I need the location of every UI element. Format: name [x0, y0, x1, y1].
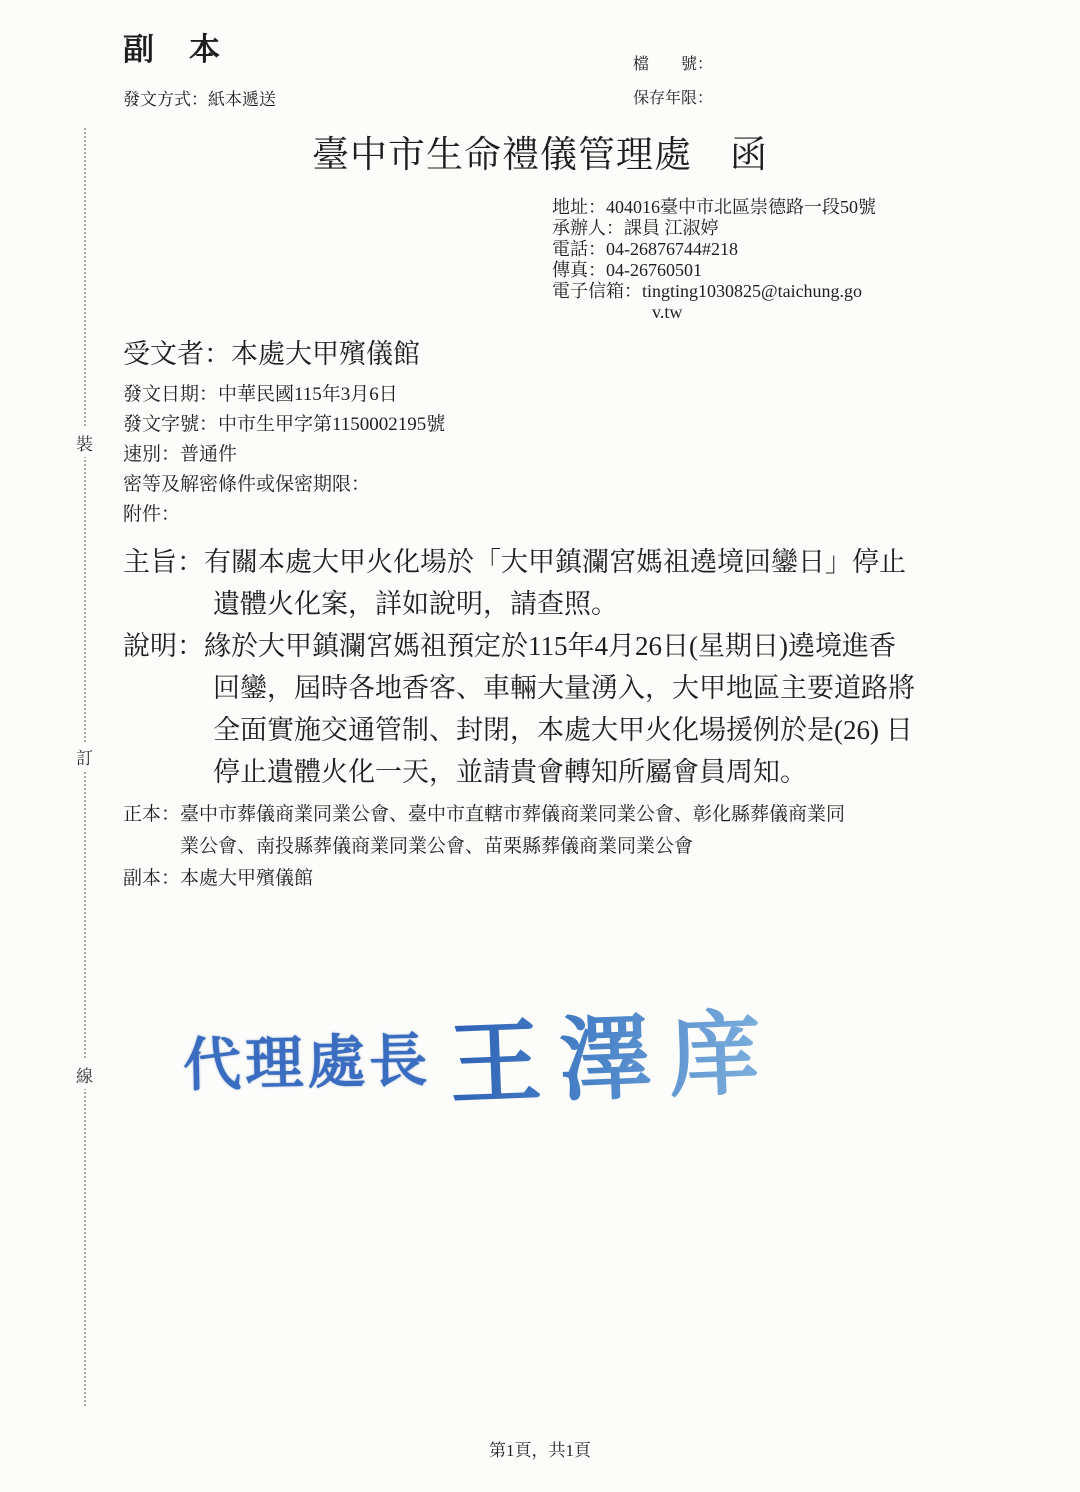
security-class: 密等及解密條件或保密期限：	[123, 470, 445, 500]
binding-dotted-line: 裝 訂 線	[84, 128, 86, 1406]
description-line-1: 說明：緣於大甲鎮瀾宮媽祖預定於115年4月26日(星期日)遶境進香	[123, 625, 915, 667]
binding-mark-ding: 訂	[76, 742, 93, 771]
file-number-block: 檔 號： 保存年限：	[633, 48, 713, 116]
contact-fax: 傳真：04-26760501	[552, 260, 876, 281]
subject-label: 主旨：	[123, 547, 204, 577]
original-recipients-line-2: 業公會、南投縣葬儀商業同業公會、苗栗縣葬儀商業同業公會	[123, 831, 845, 863]
original-label: 正本：	[123, 804, 180, 825]
document-meta-block: 發文日期：中華民國115年3月6日 發文字號：中市生甲字第1150002195號…	[123, 380, 445, 530]
delivery-method: 發文方式：紙本遞送	[123, 85, 276, 110]
contact-info-block: 地址：404016臺中市北區崇德路一段50號 承辦人：課員 江淑婷 電話：04-…	[552, 197, 876, 323]
subject-line-2: 遺體火化案，詳如說明，請查照。	[123, 583, 906, 625]
document-title: 臺中市生命禮儀管理處 函	[0, 124, 1080, 178]
contact-address: 地址：404016臺中市北區崇德路一段50號	[552, 197, 876, 218]
scanned-letter-page: 副 本 發文方式：紙本遞送 檔 號： 保存年限： 臺中市生命禮儀管理處 函 地址…	[0, 0, 1080, 1492]
stamp-title: 代理處長	[182, 1013, 432, 1102]
file-number-label: 檔 號：	[633, 48, 713, 82]
contact-email-line1: 電子信箱：tingting1030825@taichung.go	[552, 281, 876, 302]
description-label: 說明：	[123, 631, 204, 661]
description-line-4: 停止遺體火化一天，並請貴會轉知所屬會員周知。	[123, 751, 915, 793]
subject-block: 主旨：有關本處大甲火化場於「大甲鎮瀾宮媽祖遶境回鑾日」停止 遺體火化案，詳如說明…	[123, 541, 906, 625]
document-number: 發文字號：中市生甲字第1150002195號	[123, 410, 445, 440]
cc-line: 副本：本處大甲殯儀館	[123, 863, 845, 895]
subject-line-1: 主旨：有關本處大甲火化場於「大甲鎮瀾宮媽祖遶境回鑾日」停止	[123, 541, 906, 583]
description-line-2: 回鑾，屆時各地香客、車輛大量湧入，大甲地區主要道路將	[123, 667, 915, 709]
page-footer: 第1頁，共1頁	[0, 1436, 1080, 1461]
copies-block: 正本：臺中市葬儀商業同業公會、臺中市直轄市葬儀商業同業公會、彰化縣葬儀商業同 業…	[123, 799, 845, 895]
speed-class: 速別：普通件	[123, 440, 445, 470]
official-signature-stamp: 代理處長 王澤庠	[182, 982, 781, 1126]
attachment-label: 附件：	[123, 500, 445, 530]
retention-period-label: 保存年限：	[633, 82, 713, 116]
stamp-signature-name: 王澤庠	[447, 979, 782, 1124]
copy-label: 副 本	[123, 24, 222, 69]
contact-phone: 電話：04-26876744#218	[552, 239, 876, 260]
cc-value: 本處大甲殯儀館	[180, 868, 313, 889]
original-recipients-text-1: 臺中市葬儀商業同業公會、臺中市直轄市葬儀商業同業公會、彰化縣葬儀商業同	[180, 804, 845, 825]
description-line-3: 全面實施交通管制、封閉，本處大甲火化場援例於是(26) 日	[123, 709, 915, 751]
contact-email-line2: v.tw	[552, 302, 876, 323]
description-block: 說明：緣於大甲鎮瀾宮媽祖預定於115年4月26日(星期日)遶境進香 回鑾，屆時各…	[123, 625, 915, 793]
contact-handler: 承辦人：課員 江淑婷	[552, 218, 876, 239]
binding-mark-xian: 線	[76, 1060, 93, 1089]
issue-date: 發文日期：中華民國115年3月6日	[123, 380, 445, 410]
cc-label: 副本：	[123, 868, 180, 889]
subject-text-1: 有關本處大甲火化場於「大甲鎮瀾宮媽祖遶境回鑾日」停止	[204, 547, 906, 577]
binding-mark-zhuang: 裝	[76, 428, 93, 457]
description-text-1: 緣於大甲鎮瀾宮媽祖預定於115年4月26日(星期日)遶境進香	[204, 631, 896, 661]
original-recipients-line-1: 正本：臺中市葬儀商業同業公會、臺中市直轄市葬儀商業同業公會、彰化縣葬儀商業同	[123, 799, 845, 831]
recipient-line: 受文者：本處大甲殯儀館	[123, 332, 420, 371]
